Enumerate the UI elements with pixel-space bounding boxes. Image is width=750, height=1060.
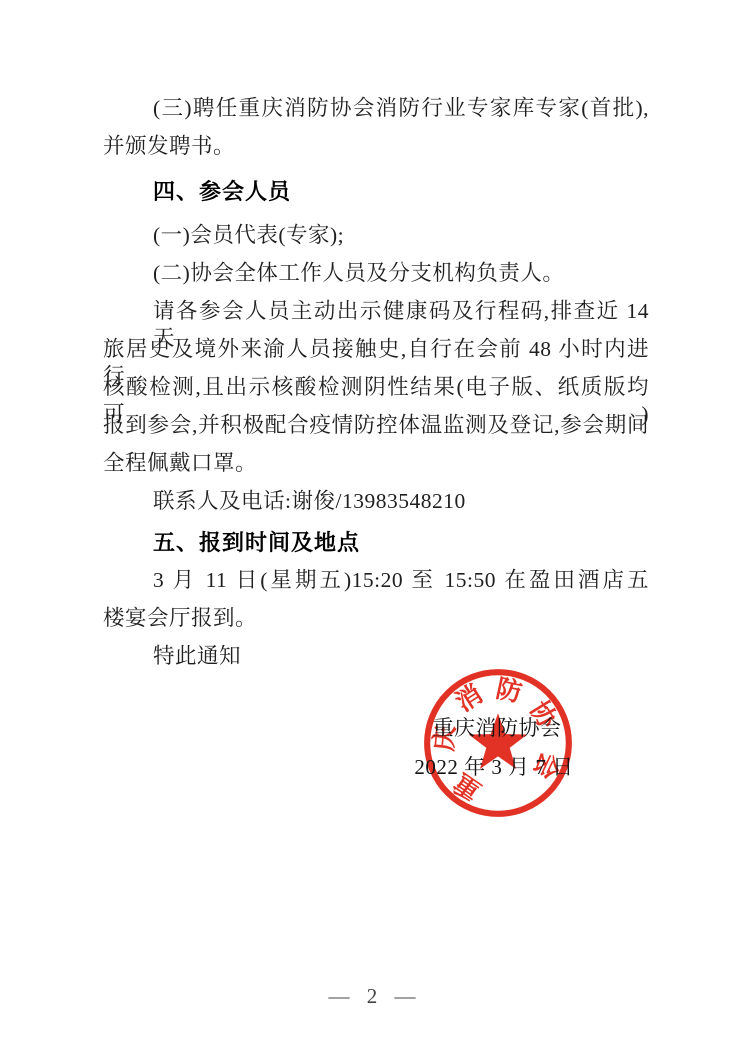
paragraph-line: 并颁发聘书。 — [103, 133, 649, 160]
paragraph-line: 全程佩戴口罩。 — [103, 450, 649, 477]
paragraph-line: 报到参会,并积极配合疫情防控体温监测及登记,参会期间 — [103, 412, 649, 439]
contact-line: 联系人及电话:谢俊/13983548210 — [103, 488, 649, 515]
paragraph-line: (三)聘任重庆消防协会消防行业专家库专家(首批), — [103, 95, 649, 122]
page-number: — 2 — — [0, 984, 750, 1009]
seal-ring-char: 防 — [494, 674, 525, 708]
signature-org: 重庆消防协会 — [397, 712, 597, 742]
list-item: (一)会员代表(专家); — [103, 222, 649, 249]
paragraph-line: 楼宴会厅报到。 — [103, 605, 649, 632]
signature-date: 2022 年 3 月 7 日 — [375, 751, 613, 781]
official-seal-stamp: 重 庆 消 防 协 会 — [421, 666, 575, 820]
section-heading-4: 四、参会人员 — [103, 178, 649, 205]
paragraph-line: 3 月 11 日(星期五)15:20 至 15:50 在盈田酒店五 — [103, 567, 649, 594]
section-heading-5: 五、报到时间及地点 — [103, 529, 649, 556]
document-page: (三)聘任重庆消防协会消防行业专家库专家(首批), 并颁发聘书。 四、参会人员 … — [0, 0, 750, 1060]
list-item: (二)协会全体工作人员及分支机构负责人。 — [103, 260, 649, 287]
